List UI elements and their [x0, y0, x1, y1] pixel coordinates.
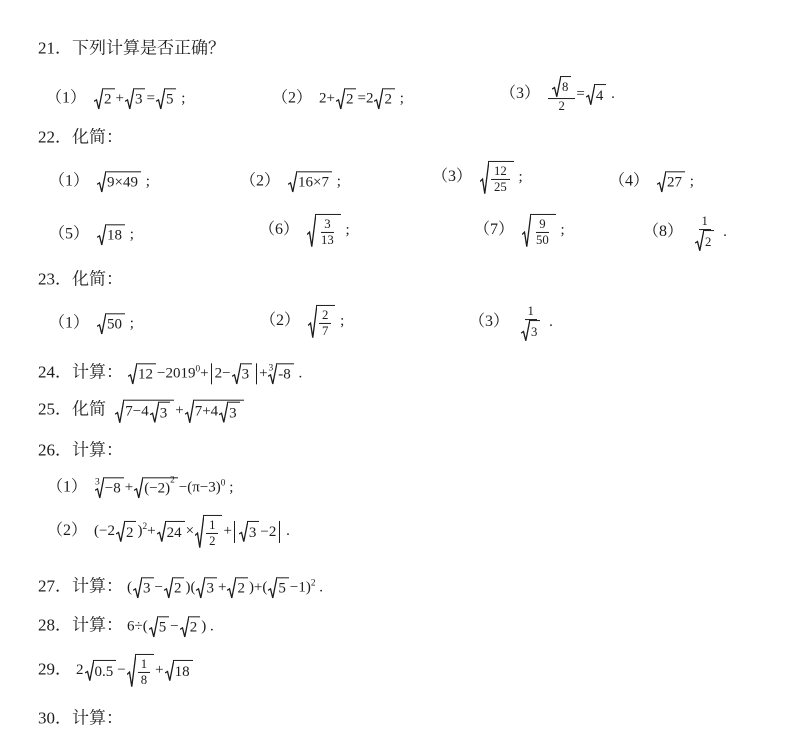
denominator: 13 [318, 233, 337, 248]
radicand: 2 [188, 616, 201, 638]
radicand: 7−43 [123, 399, 174, 423]
fraction: 12 [206, 517, 218, 549]
math-expression: 2+3=5 ; [93, 90, 185, 106]
square-root: 2 [180, 616, 201, 638]
square-root: 9×49 [97, 171, 141, 193]
problem-28: 28．计算：6÷(5−2) . [38, 610, 214, 637]
radicand: 3 [227, 402, 240, 424]
item-number: （1） [49, 172, 89, 189]
denominator: 2 [556, 99, 568, 114]
problem-22-title: 化简： [72, 128, 123, 147]
problem-21-number: 21． [38, 39, 72, 58]
fraction: 12 [691, 214, 718, 252]
problem-21-item-3: （3）82=4 . [500, 76, 615, 114]
math-expression: (−22)2+24×12+3−2 . [94, 523, 290, 539]
radicand: 24 [165, 521, 185, 543]
square-root: 313 [307, 214, 341, 248]
fraction: 27 [319, 307, 331, 339]
math-expression: 950 ; [521, 222, 565, 238]
problem-22-item-1: （1）9×49 ; [49, 167, 150, 192]
problem-27: 27．计算：(3−2)(3+2)+(5−1)2 . [38, 571, 323, 598]
item-number: （1） [49, 314, 89, 331]
math-expression: 18 ; [96, 226, 134, 242]
problem-25-title: 化简 [72, 400, 110, 419]
item-number: （2） [47, 522, 87, 539]
radicand: 3 [529, 320, 540, 342]
math-expression: 20.5−18+18 [76, 662, 194, 678]
root-index: 3 [269, 364, 274, 374]
math-expression: 82=4 . [547, 86, 615, 102]
radicand: 3 [158, 402, 171, 424]
square-root: 7+43 [185, 399, 244, 423]
square-root: 2 [94, 88, 115, 110]
numerator: 1 [138, 656, 150, 672]
problem-22-item-5: （5）18 ; [49, 220, 134, 245]
numerator: 2 [319, 307, 331, 323]
square-root: 5 [156, 88, 177, 110]
fraction: 1225 [491, 163, 510, 195]
numerator: 3 [321, 216, 333, 232]
square-root: 5 [268, 577, 289, 599]
denominator: 7 [319, 324, 331, 339]
problem-30-title: 计算： [72, 709, 123, 728]
math-expression: 2+2=22 ; [319, 90, 404, 106]
problem-24-number: 24． [38, 362, 72, 381]
square-root: 18 [97, 224, 125, 246]
math-expression: 7−43+7+43 [114, 403, 244, 419]
math-expression: 27 ; [307, 313, 344, 329]
radicand: 27 [316, 305, 335, 339]
problem-24: 24．计算：12−20190+2−3+3-8 . [38, 357, 302, 384]
problem-22-item-7: （7）950 ; [474, 214, 565, 248]
square-root: 2 [164, 577, 185, 599]
numerator: 9 [536, 216, 548, 232]
radicand: 1225 [488, 161, 514, 195]
fraction: 18 [138, 656, 150, 688]
square-root: 50 [97, 313, 125, 335]
square-root: 4 [586, 84, 607, 106]
radicand: -8 [276, 363, 294, 385]
radicand: 12 [203, 515, 222, 549]
problem-23-item-2: （2）27 ; [260, 305, 344, 339]
square-root: 1225 [480, 161, 514, 195]
problem-21-item-1: （1）2+3=5 ; [46, 84, 185, 109]
radicand: 2 [382, 88, 395, 110]
problem-26-number: 26． [38, 441, 72, 460]
fraction: 82 [548, 76, 575, 114]
item-number: （2） [272, 89, 312, 106]
superscript: 2 [170, 477, 175, 486]
radicand: 3 [133, 88, 146, 110]
radicand: 2 [172, 577, 185, 599]
problem-22-number: 22． [38, 128, 72, 147]
radicand: 18 [135, 654, 154, 688]
problem-23-title: 化简： [72, 270, 123, 289]
problem-22-item-4: （4）27 ; [609, 167, 694, 192]
radicand: 5 [276, 577, 289, 599]
radicand: 5 [164, 88, 177, 110]
square-root: 3 [196, 577, 217, 599]
problem-29-number: 29． [38, 659, 72, 678]
problem-28-number: 28． [38, 615, 72, 634]
item-number: （1） [47, 478, 87, 495]
square-root: 24 [157, 521, 185, 543]
problem-22-heading: 22．化简： [38, 123, 127, 148]
problem-22-item-6: （6）313 ; [259, 214, 350, 248]
square-root: 12 [195, 515, 222, 549]
square-root: 3 [239, 521, 260, 543]
math-expression: 3−8+(−2)2−(π−3)0 ; [94, 479, 233, 495]
math-expression: 12 . [690, 224, 727, 240]
square-root: 3 [125, 88, 146, 110]
item-number: （5） [49, 225, 89, 242]
worksheet-page: 21．下列计算是否正确？ （1）2+3=5 ; （2）2+2=22 ; （3）8… [0, 0, 800, 731]
problem-24-title: 计算： [72, 362, 123, 381]
item-number: （3） [469, 313, 509, 330]
problem-26-item-2: （2）(−22)2+24×12+3−2 . [47, 515, 290, 549]
square-root: 2 [116, 521, 137, 543]
radicand: 2 [102, 88, 115, 110]
radicand: 2 [344, 88, 357, 110]
square-root: 16×7 [288, 171, 332, 193]
radicand: 2 [124, 521, 137, 543]
problem-23-item-1: （1）50 ; [49, 309, 134, 334]
math-expression: 13 . [516, 314, 553, 330]
radicand: 18 [105, 224, 125, 246]
math-expression: 1225 ; [479, 169, 523, 185]
radicand: 8 [560, 76, 571, 98]
problem-28-title: 计算： [72, 615, 123, 634]
superscript: 2 [142, 522, 147, 532]
math-expression: 6÷(5−2) . [127, 618, 214, 634]
radicand: 16×7 [296, 171, 332, 193]
radicand: 950 [530, 214, 556, 248]
radicand: 2 [703, 230, 714, 252]
radicand: (−2)2 [142, 477, 178, 499]
problem-29: 29．20.5−18+18 [38, 654, 194, 688]
square-root: 7−43 [115, 399, 174, 423]
problem-21-item-2: （2）2+2=22 ; [272, 84, 404, 109]
square-root: 2 [695, 230, 714, 252]
problem-27-number: 27． [38, 576, 72, 595]
square-root: 12 [128, 363, 156, 385]
problem-25: 25．化简 7−43+7+43 [38, 395, 245, 424]
square-root: 27 [657, 171, 685, 193]
problem-27-title: 计算： [72, 576, 123, 595]
item-number: （6） [259, 221, 299, 238]
square-root: 3 [521, 320, 540, 342]
square-root: 2 [336, 88, 357, 110]
root-index: 3 [95, 478, 100, 488]
radicand: 3 [204, 577, 217, 599]
radicand: 50 [105, 313, 125, 335]
radicand: 7+43 [193, 399, 244, 423]
item-number: （3） [432, 168, 472, 185]
radicand: 3 [141, 577, 154, 599]
numerator: 12 [491, 163, 510, 179]
item-number: （3） [500, 85, 540, 102]
denominator: 3 [517, 320, 544, 342]
math-expression: 9×49 ; [96, 173, 150, 189]
problem-21-title: 下列计算是否正确？ [72, 39, 225, 58]
numerator: 1 [699, 214, 711, 230]
radicand: 9×49 [105, 171, 141, 193]
numerator: 1 [525, 304, 537, 320]
denominator: 2 [206, 534, 218, 549]
denominator: 50 [533, 233, 552, 248]
radicand: 3 [240, 363, 253, 385]
math-expression: 27 ; [656, 173, 694, 189]
math-expression: (3−2)(3+2)+(5−1)2 . [127, 579, 323, 595]
fraction: 313 [318, 216, 337, 248]
square-root: 8 [552, 76, 571, 98]
superscript: 0 [221, 478, 226, 488]
square-root: 0.5 [85, 660, 117, 682]
square-root: 3 [133, 577, 154, 599]
radicand: 12 [136, 363, 156, 385]
square-root: (−2)2 [134, 477, 178, 499]
item-number: （7） [474, 221, 514, 238]
problem-22-item-8: （8）12 . [643, 214, 727, 252]
problem-23-item-3: （3）13 . [469, 304, 553, 342]
item-number: （4） [609, 172, 649, 189]
cube-root: 3−8 [95, 477, 124, 499]
radicand: 0.5 [93, 660, 117, 682]
problem-22-item-2: （2）16×7 ; [240, 167, 341, 192]
numerator: 1 [206, 517, 218, 533]
numerator: 8 [548, 76, 575, 99]
problem-21-heading: 21．下列计算是否正确？ [38, 34, 229, 59]
radicand: 5 [157, 616, 170, 638]
square-root: 3 [150, 402, 171, 424]
problem-30-heading: 30．计算： [38, 704, 127, 729]
problem-22-item-3: （3）1225 ; [432, 161, 523, 195]
problem-26-item-1: （1）3−8+(−2)2−(π−3)0 ; [47, 473, 233, 498]
superscript: 2 [311, 578, 316, 588]
problem-26-heading: 26．计算： [38, 436, 127, 461]
item-number: （8） [643, 223, 683, 240]
radicand: 3 [247, 521, 260, 543]
square-root: 18 [127, 654, 154, 688]
radicand: 2 [235, 577, 248, 599]
problem-25-number: 25． [38, 400, 72, 419]
math-expression: 313 ; [306, 222, 350, 238]
denominator: 25 [491, 180, 510, 195]
math-expression: 50 ; [96, 315, 134, 331]
math-expression: 12−20190+2−3+3-8 . [127, 365, 302, 381]
square-root: 5 [149, 616, 170, 638]
denominator: 8 [138, 673, 150, 688]
radicand: 313 [315, 214, 341, 248]
item-number: （2） [240, 172, 280, 189]
fraction: 13 [517, 304, 544, 342]
item-number: （2） [260, 312, 300, 329]
absolute-value: 3−2 [234, 521, 280, 543]
radicand: 18 [173, 660, 193, 682]
cube-root: 3-8 [269, 363, 294, 385]
denominator: 2 [691, 230, 718, 252]
radicand: −8 [103, 477, 124, 499]
square-root: 18 [165, 660, 193, 682]
problem-23-number: 23． [38, 270, 72, 289]
square-root: 950 [522, 214, 556, 248]
square-root: 2 [227, 577, 248, 599]
item-number: （1） [46, 89, 86, 106]
problem-30-number: 30． [38, 709, 72, 728]
square-root: 3 [219, 402, 240, 424]
superscript: 0 [195, 364, 200, 374]
radicand: 27 [665, 171, 685, 193]
fraction: 950 [533, 216, 552, 248]
absolute-value: 2−3 [211, 363, 257, 385]
square-root: 2 [374, 88, 395, 110]
problem-26-title: 计算： [72, 441, 123, 460]
square-root: 27 [308, 305, 335, 339]
radicand: 4 [594, 84, 607, 106]
problem-23-heading: 23．化简： [38, 265, 127, 290]
math-expression: 16×7 ; [287, 173, 341, 189]
square-root: 3 [232, 363, 253, 385]
